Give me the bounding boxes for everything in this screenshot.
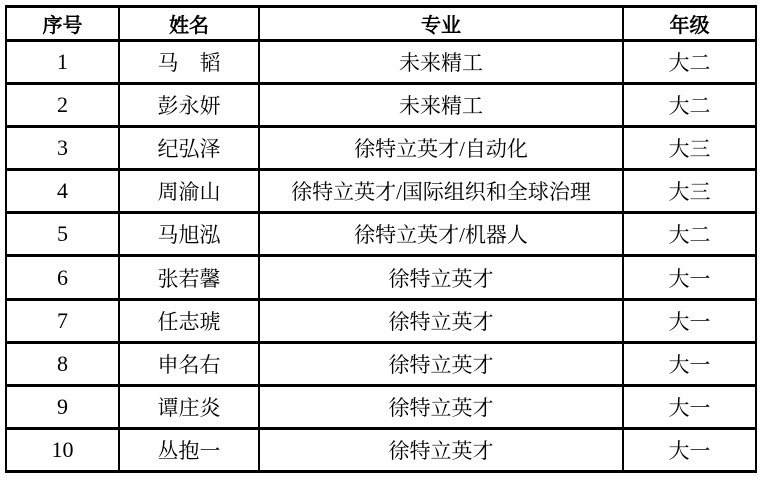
cell-number: 5 [6,213,119,256]
cell-grade: 大二 [623,213,756,256]
cell-grade: 大二 [623,41,756,84]
cell-grade: 大三 [623,127,756,170]
table-row: 3 纪弘泽 徐特立英才/自动化 大三 [6,127,756,170]
col-header-major: 专业 [259,7,623,41]
cell-major: 徐特立英才/自动化 [259,127,623,170]
cell-number: 3 [6,127,119,170]
col-header-number: 序号 [6,7,119,41]
cell-name: 张若馨 [119,256,259,299]
cell-name: 纪弘泽 [119,127,259,170]
cell-grade: 大一 [623,256,756,299]
cell-major: 未来精工 [259,41,623,84]
cell-major: 徐特立英才/机器人 [259,213,623,256]
cell-number: 9 [6,385,119,428]
cell-name: 马旭泓 [119,213,259,256]
cell-major: 未来精工 [259,84,623,127]
cell-name: 任志琥 [119,299,259,342]
table-row: 6 张若馨 徐特立英才 大一 [6,256,756,299]
table-row: 4 周渝山 徐特立英才/国际组织和全球治理 大三 [6,170,756,213]
document-page: 序号 姓名 专业 年级 1 马 韬 未来精工 大二 2 彭永妍 未来精工 大二 … [0,0,774,478]
col-header-grade: 年级 [623,7,756,41]
cell-grade: 大一 [623,385,756,428]
table-row: 5 马旭泓 徐特立英才/机器人 大二 [6,213,756,256]
cell-name: 申名右 [119,342,259,385]
cell-major: 徐特立英才 [259,256,623,299]
table-row: 7 任志琥 徐特立英才 大一 [6,299,756,342]
col-header-name: 姓名 [119,7,259,41]
cell-name: 丛抱一 [119,428,259,471]
cell-name: 周渝山 [119,170,259,213]
cell-number: 6 [6,256,119,299]
cell-number: 10 [6,428,119,471]
cell-number: 1 [6,41,119,84]
cell-major: 徐特立英才 [259,428,623,471]
header-row: 序号 姓名 专业 年级 [6,7,756,41]
cell-major: 徐特立英才 [259,299,623,342]
cell-major: 徐特立英才 [259,342,623,385]
cell-major: 徐特立英才/国际组织和全球治理 [259,170,623,213]
cell-number: 8 [6,342,119,385]
cell-grade: 大一 [623,342,756,385]
table-row: 8 申名右 徐特立英才 大一 [6,342,756,385]
cell-name: 谭庄炎 [119,385,259,428]
student-roster-table: 序号 姓名 专业 年级 1 马 韬 未来精工 大二 2 彭永妍 未来精工 大二 … [5,5,757,473]
cell-grade: 大二 [623,84,756,127]
cell-grade: 大一 [623,428,756,471]
cell-grade: 大一 [623,299,756,342]
cell-number: 2 [6,84,119,127]
cell-name: 马 韬 [119,41,259,84]
table-row: 10 丛抱一 徐特立英才 大一 [6,428,756,471]
table-row: 1 马 韬 未来精工 大二 [6,41,756,84]
cell-number: 7 [6,299,119,342]
cell-major: 徐特立英才 [259,385,623,428]
table-row: 9 谭庄炎 徐特立英才 大一 [6,385,756,428]
cell-name: 彭永妍 [119,84,259,127]
cell-grade: 大三 [623,170,756,213]
cell-number: 4 [6,170,119,213]
table-row: 2 彭永妍 未来精工 大二 [6,84,756,127]
